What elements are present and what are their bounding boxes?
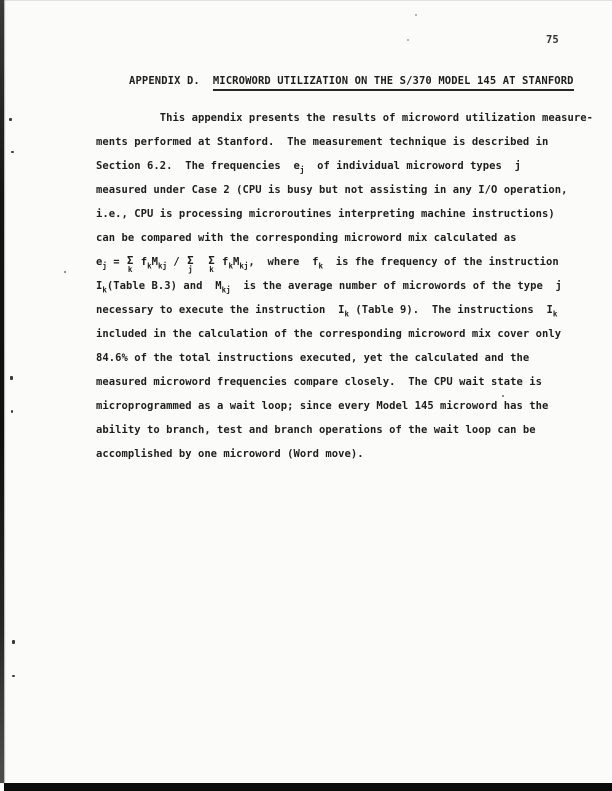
ink-speck (11, 410, 13, 413)
scan-edge-top (0, 0, 612, 1)
text-line: can be compared with the corresponding m… (96, 226, 586, 250)
text-line: measured microword frequencies compare c… (96, 370, 586, 394)
sigma-with-index: Σk (127, 256, 133, 274)
text-line: necessary to execute the instruction Ik … (96, 298, 586, 322)
ink-speck (9, 118, 12, 121)
appendix-paragraph: This appendix presents the results of mi… (96, 106, 586, 466)
ink-speck (64, 271, 66, 273)
ink-speck (10, 376, 13, 380)
text-line: i.e., CPU is processing microroutines in… (96, 202, 586, 226)
text-line: ej = Σk fkMkj / Σj Σk fkMkj, where fk is… (96, 250, 586, 274)
text-line: microprogrammed as a wait loop; since ev… (96, 394, 586, 418)
text-line: measured under Case 2 (CPU is busy but n… (96, 178, 586, 202)
scan-edge-left (0, 0, 4, 783)
page-number: 75 (546, 34, 559, 46)
text-line: This appendix presents the results of mi… (96, 106, 586, 130)
text-line: Ik(Table B.3) and Mkj is the average num… (96, 274, 586, 298)
text-line: Section 6.2. The frequencies ej of indiv… (96, 154, 586, 178)
scan-edge-bottom (4, 783, 612, 791)
ink-speck (415, 14, 417, 16)
ink-speck (12, 640, 15, 644)
text-line: ments performed at Stanford. The measure… (96, 130, 586, 154)
scanned-page: 75 APPENDIX D.MICROWORD UTILIZATION ON T… (0, 0, 612, 791)
ink-speck (12, 675, 15, 677)
ink-speck (407, 39, 409, 41)
sigma-with-index: Σk (208, 256, 214, 274)
appendix-label: APPENDIX D. (129, 75, 200, 87)
text-line: included in the calculation of the corre… (96, 322, 586, 346)
text-line: ability to branch, test and branch opera… (96, 418, 586, 442)
appendix-title: MICROWORD UTILIZATION ON THE S/370 MODEL… (213, 75, 574, 91)
appendix-heading: APPENDIX D.MICROWORD UTILIZATION ON THE … (129, 74, 574, 88)
sigma-with-index: Σj (187, 256, 193, 274)
text-line: accomplished by one microword (Word move… (96, 442, 586, 466)
ink-speck (11, 151, 14, 153)
text-line: 84.6% of the total instructions executed… (96, 346, 586, 370)
